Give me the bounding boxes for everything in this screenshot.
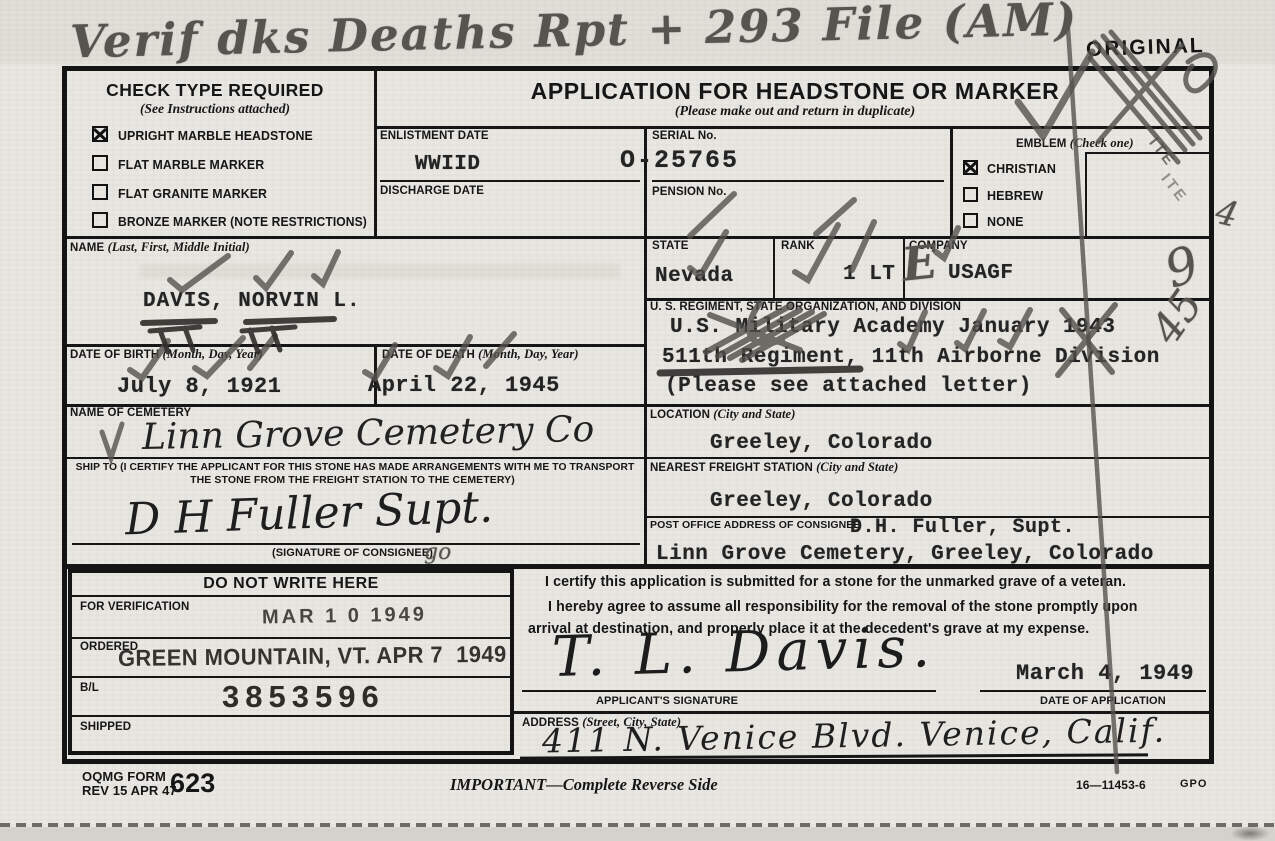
- form-id-line2: REV 15 APR 47: [82, 783, 177, 798]
- checkbox-flat-granite-marker: [92, 184, 108, 200]
- perforation-dashes: [0, 823, 1275, 827]
- corner-smudge: [1230, 826, 1270, 841]
- enlistment-date-label: ENLISTMENT DATE: [380, 130, 489, 142]
- checkbox-label: UPRIGHT MARBLE HEADSTONE: [118, 128, 313, 143]
- company-pencil-note: E: [899, 234, 940, 291]
- original-stamp: ORIGINAL: [1086, 34, 1205, 62]
- date-of-birth-label: DATE OF BIRTH (Month, Day, Year): [70, 347, 263, 362]
- consignee-pencil-note: go: [424, 540, 451, 565]
- consignee-address-line1: D.H. Fuller, Supt.: [850, 516, 1075, 539]
- enlistment-date-value: WWIID: [415, 153, 481, 176]
- application-date-caption: DATE OF APPLICATION: [1040, 695, 1166, 707]
- name-label-text: NAME: [70, 242, 104, 254]
- emblem-hint: (Check one): [1070, 136, 1134, 150]
- serial-write-line: [652, 180, 944, 182]
- ship-to-label-line1: SHIP TO (I CERTIFY THE APPLICANT FOR THI…: [76, 461, 630, 473]
- divider: [67, 236, 1209, 239]
- serial-no-value: O-25765: [620, 146, 739, 175]
- date-of-death-value: April 22, 1945: [368, 373, 560, 398]
- freight-hint: (City and State): [816, 460, 898, 474]
- form-subtitle: (Please make out and return in duplicate…: [380, 104, 1210, 120]
- checkbox-flat-marble-marker: [92, 155, 108, 171]
- print-code: 16—11453-6: [1076, 778, 1146, 792]
- serial-no-label: SERIAL No.: [652, 130, 717, 142]
- emblem-label: EMBLEM (Check one): [1016, 136, 1134, 151]
- verification-date-stamp: MAR 1 0 1949: [262, 604, 427, 630]
- margin-note-a: 4: [1211, 192, 1242, 236]
- form-title: APPLICATION FOR HEADSTONE OR MARKER: [380, 78, 1210, 105]
- date-of-death-label: DATE OF DEATH (Month, Day, Year): [382, 347, 579, 362]
- divider: [773, 236, 775, 300]
- dnw-line: [72, 595, 510, 597]
- dnw-line: [72, 676, 510, 678]
- dob-hint: (Month, Day, Year): [163, 347, 263, 361]
- certification-line1: I certify this application is submitted …: [545, 574, 1126, 590]
- checkbox-label: FLAT GRANITE MARKER: [118, 186, 267, 201]
- discharge-date-label: DISCHARGE DATE: [380, 185, 484, 197]
- company-value: USAGF: [948, 262, 1014, 285]
- checkbox-label: FLAT MARBLE MARKER: [118, 157, 264, 172]
- form-id-line1: OQMG FORM: [82, 769, 166, 784]
- shipped-label: SHIPPED: [80, 721, 131, 733]
- ordered-stamp: GREEN MOUNTAIN, VT. APR 7 1949: [118, 641, 507, 672]
- checkbox-none: [963, 213, 978, 228]
- important-note: IMPORTANT—Complete Reverse Side: [450, 775, 718, 795]
- application-date-value: March 4, 1949: [1016, 661, 1194, 686]
- freight-label-text: NEAREST FREIGHT STATION: [650, 462, 813, 474]
- dod-label-text: DATE OF DEATH: [382, 349, 475, 361]
- check-type-subtitle: (See Instructions attached): [70, 101, 360, 117]
- form-number: 623: [170, 768, 215, 799]
- location-label-text: LOCATION: [650, 409, 710, 421]
- for-verification-label: FOR VERIFICATION: [80, 601, 189, 613]
- name-label: NAME (Last, First, Middle Initial): [70, 240, 250, 255]
- emblem-box-line: [1085, 152, 1209, 154]
- divider: [644, 126, 647, 565]
- checkbox-hebrew: [963, 187, 978, 202]
- bl-label: B/L: [80, 682, 99, 694]
- applicant-signature: T. L. Davis.: [551, 615, 936, 690]
- emblem-option-label: NONE: [987, 215, 1024, 229]
- do-not-write-title: DO NOT WRITE HERE: [72, 575, 510, 593]
- regiment-line3: (Please see attached letter): [665, 375, 1032, 398]
- applicant-signature-caption: APPLICANT'S SIGNATURE: [596, 695, 738, 707]
- certification-line2a: I hereby agree to assume all responsibil…: [548, 599, 1138, 615]
- consignee-signature-caption: (SIGNATURE OF CONSIGNEE): [70, 547, 635, 559]
- emblem-option-label: CHRISTIAN: [987, 162, 1056, 176]
- rank-value: 1 LT: [843, 263, 895, 286]
- applicant-signature-line: [522, 690, 936, 692]
- emblem-box-line: [1085, 152, 1087, 238]
- dnw-line: [72, 715, 510, 717]
- dnw-line: [72, 637, 510, 639]
- scanned-headstone-application-form: Verif dks Deaths Rpt + 293 File (AM) ORI…: [0, 0, 1275, 841]
- check-type-title: CHECK TYPE REQUIRED: [70, 80, 360, 101]
- regiment-line2: 511th Regiment, 11th Airborne Division: [662, 346, 1160, 369]
- rank-label: RANK: [781, 240, 815, 252]
- name-hint: (Last, First, Middle Initial): [108, 240, 250, 254]
- location-label: LOCATION (City and State): [650, 407, 795, 422]
- regiment-line1: U.S. Military Academy January 1943: [670, 316, 1115, 339]
- location-value: Greeley, Colorado: [710, 432, 933, 455]
- divider: [374, 66, 377, 238]
- lower-sheet-strip: [0, 827, 1275, 841]
- divider: [67, 457, 1209, 459]
- ship-to-label-line2: THE STONE FROM THE FREIGHT STATION TO TH…: [70, 474, 635, 486]
- checkbox-bronze-marker: [92, 212, 108, 228]
- divider: [950, 126, 953, 238]
- checkbox-christian: [963, 160, 978, 175]
- dod-hint: (Month, Day, Year): [478, 347, 578, 361]
- dob-label-text: DATE OF BIRTH: [70, 349, 159, 361]
- divider: [67, 404, 1209, 407]
- consignee-address-label: POST OFFICE ADDRESS OF CONSIGNEE: [650, 519, 861, 531]
- name-value: DAVIS, NORVIN L.: [143, 290, 361, 313]
- state-value: Nevada: [655, 265, 734, 288]
- enlistment-write-line: [380, 180, 640, 182]
- consignee-address-line2: Linn Grove Cemetery, Greeley, Colorado: [656, 543, 1154, 566]
- bl-number-stamp: 3853596: [222, 679, 385, 715]
- checkbox-label: BRONZE MARKER (NOTE RESTRICTIONS): [118, 214, 367, 229]
- emblem-label-text: EMBLEM: [1016, 138, 1066, 150]
- gpo-label: GPO: [1180, 778, 1207, 790]
- date-of-birth-value: July 8, 1921: [117, 374, 281, 399]
- emblem-option-label: HEBREW: [987, 189, 1043, 203]
- date-line: [980, 690, 1206, 692]
- freight-station-value: Greeley, Colorado: [710, 490, 933, 513]
- freight-station-label: NEAREST FREIGHT STATION (City and State): [650, 460, 898, 475]
- divider: [374, 126, 1209, 129]
- checkbox-upright-marble-headstone: [92, 126, 108, 142]
- cemetery-handwriting: Linn Grove Cemetery Co: [142, 409, 595, 458]
- state-label: STATE: [652, 240, 689, 252]
- regiment-label: U. S. REGIMENT, STATE ORGANIZATION, AND …: [650, 301, 961, 313]
- location-hint: (City and State): [713, 407, 795, 421]
- pension-no-label: PENSION No.: [652, 186, 727, 198]
